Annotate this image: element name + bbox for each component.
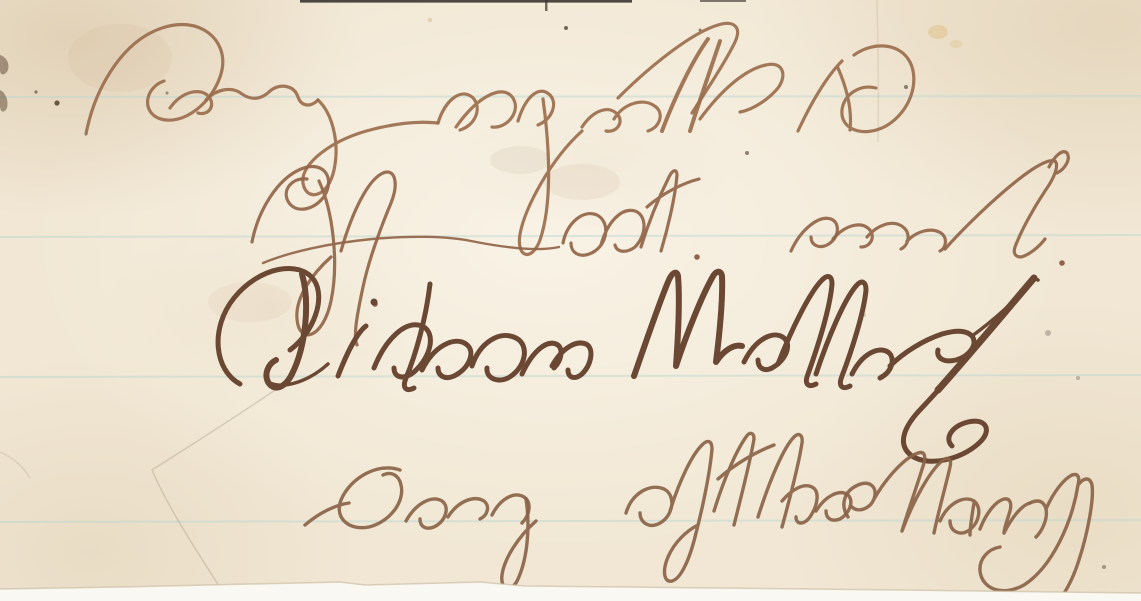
handwriting-signer-title [305,433,1092,601]
stain [490,146,550,174]
ink-stroke [374,284,430,390]
ink-dot [694,254,700,260]
ink-stroke [338,326,366,376]
ink-dot [371,299,378,306]
ink-stroke [833,223,945,251]
ink-stroke [170,86,318,113]
scan-edge-artifacts [300,0,746,11]
fold-crease [152,388,278,600]
ink-stroke [303,100,438,195]
ink-stroke [714,433,774,525]
foxing-speck [54,100,59,105]
top-scan-tick [545,0,548,11]
ink-stroke [940,499,979,535]
foxing-speck [1045,330,1051,336]
ink-stroke [502,499,536,588]
ink-stroke [980,499,1030,533]
foxing-speck [1102,565,1106,569]
stain [928,25,948,39]
foxing-speck [564,26,568,30]
edge-smudge [0,55,9,112]
bottom-scan-strip [0,582,1141,601]
vertical-crease [877,0,878,142]
ruled-line [0,96,1141,97]
ink-stroke [472,336,524,380]
ink-stroke [406,495,529,528]
document-artwork [0,0,1141,601]
top-scan-strip [700,0,746,2]
ink-stroke [563,210,644,255]
foxing-speck [428,18,432,22]
ink-stroke [582,102,660,131]
ink-stroke [980,474,1092,601]
ink-stroke [263,237,559,263]
foxing-speck [166,92,169,95]
ruled-line [0,235,1141,237]
foxing-speck [904,85,908,89]
ink-stroke [945,152,1068,257]
foxing-speck [34,90,37,93]
ink-stroke [522,343,591,377]
ink-stroke [305,468,402,528]
foxing-speck [1076,376,1080,380]
ink-stroke [641,171,699,251]
scanned-document: Very respecty &c Yr. obt. servt. Gideon … [0,0,1141,601]
ink-stroke [634,272,742,376]
ink-stroke [626,442,712,582]
stain [544,164,620,200]
top-scan-strip [300,0,632,3]
handwriting-signature [218,268,1038,461]
ink-stroke [341,172,395,345]
ink-stroke [838,46,914,132]
handwriting-valediction-line-1 [86,23,914,254]
handwriting-valediction-line-2 [252,152,1068,345]
edge-crease [0,452,30,478]
ink-dot [1059,260,1065,266]
stain [950,40,962,48]
foxing-speck [745,151,749,155]
